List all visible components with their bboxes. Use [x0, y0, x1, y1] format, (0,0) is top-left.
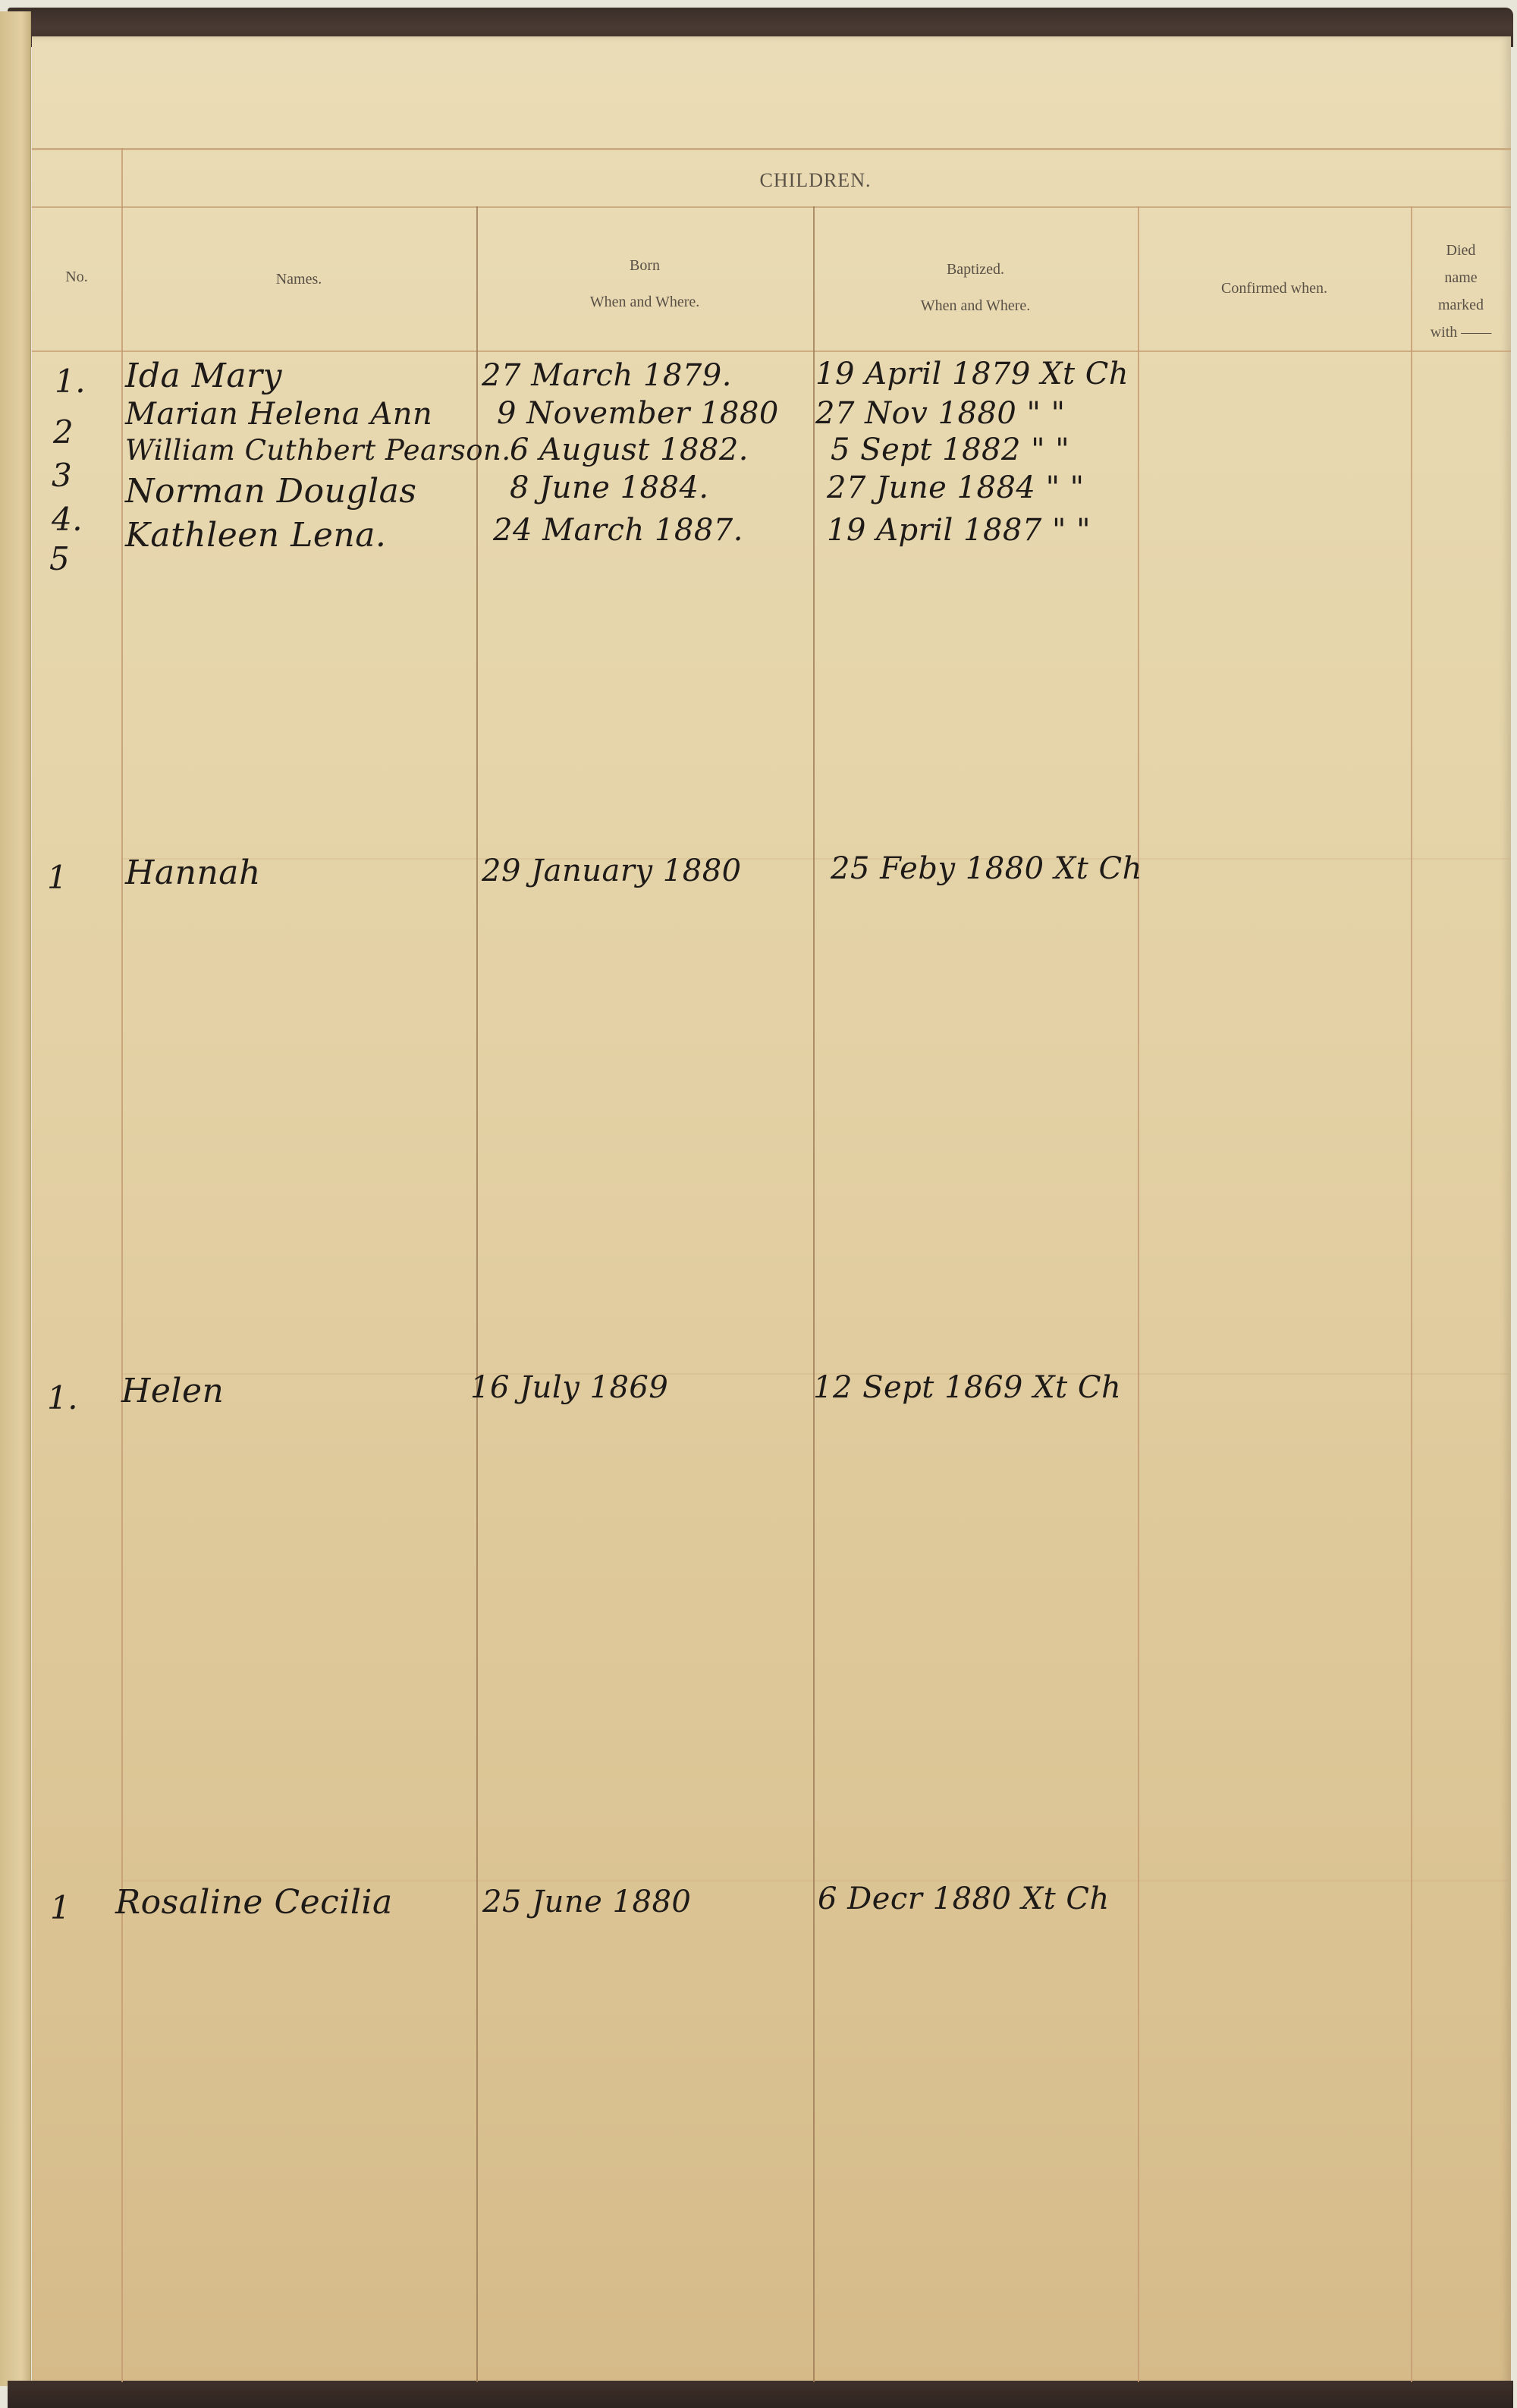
born-date: 29 January 1880	[482, 853, 742, 888]
born-date: 6 August 1882.	[510, 432, 749, 467]
header-died-line4: with ——	[1412, 319, 1509, 346]
section-title: CHILDREN.	[121, 171, 1509, 190]
child-no: 2	[53, 413, 74, 451]
rule-faint-3	[121, 1880, 1509, 1881]
child-name: Helen	[121, 1372, 224, 1410]
col-divider-names	[476, 206, 478, 2382]
rule-top	[32, 148, 1511, 150]
header-born: Born When and Where.	[476, 258, 813, 310]
baptized-date: 25 Feby 1880 Xt Ch	[831, 851, 1142, 886]
header-baptized: Baptized. When and Where.	[813, 262, 1138, 313]
baptized-date: 6 Decr 1880 Xt Ch	[818, 1881, 1110, 1916]
born-date: 25 June 1880	[482, 1885, 691, 1919]
child-name: Marian Helena Ann	[125, 397, 432, 432]
header-born-line1: Born	[630, 257, 660, 274]
child-no: 5	[49, 540, 70, 577]
book-binding-bottom	[8, 2381, 1513, 2408]
baptized-date: 27 June 1884 " "	[827, 470, 1085, 505]
child-no: 4.	[52, 501, 83, 538]
child-name: William Cuthbert Pearson.	[125, 434, 511, 467]
header-died-line3: marked	[1412, 291, 1509, 319]
col-divider-born	[813, 206, 815, 2382]
child-name: Ida Mary	[125, 357, 282, 395]
born-date: 8 June 1884.	[510, 470, 709, 505]
child-no: 1	[47, 859, 68, 896]
child-no: 1.	[55, 363, 86, 400]
header-names: Names.	[121, 272, 476, 287]
col-divider-baptized	[1138, 206, 1139, 2382]
baptized-date: 12 Sept 1869 Xt Ch	[813, 1370, 1121, 1405]
born-date: 16 July 1869	[470, 1370, 668, 1405]
header-no: No.	[32, 269, 121, 284]
child-name: Hannah	[125, 853, 261, 892]
born-date: 27 March 1879.	[482, 358, 732, 393]
header-confirmed: Confirmed when.	[1138, 281, 1411, 296]
child-no: 1	[50, 1889, 71, 1926]
header-died: Died name marked with ——	[1412, 237, 1509, 346]
born-date: 9 November 1880	[497, 396, 779, 431]
header-born-line2: When and Where.	[476, 294, 813, 310]
header-baptized-line1: Baptized.	[947, 261, 1004, 278]
child-no: 1.	[47, 1379, 78, 1416]
child-name: Norman Douglas	[125, 472, 416, 511]
adjacent-page-edge	[0, 11, 31, 2386]
header-baptized-line2: When and Where.	[813, 298, 1138, 313]
rule-faint-1	[121, 858, 1509, 860]
rule-under-title	[32, 206, 1511, 208]
rule-under-headers	[32, 351, 1511, 352]
baptized-date: 19 April 1887 " "	[827, 513, 1091, 548]
header-died-line1: Died	[1412, 237, 1509, 264]
col-divider-confirmed	[1411, 206, 1412, 2382]
baptized-date: 5 Sept 1882 " "	[831, 432, 1069, 467]
child-name: Rosaline Cecilia	[115, 1883, 393, 1922]
child-no: 3	[52, 457, 72, 494]
baptized-date: 27 Nov 1880 " "	[815, 396, 1066, 431]
baptized-date: 19 April 1879 Xt Ch	[815, 357, 1129, 391]
child-name: Kathleen Lena.	[125, 516, 386, 555]
col-divider-no	[121, 148, 123, 2382]
born-date: 24 March 1887.	[493, 513, 743, 548]
header-died-line2: name	[1412, 264, 1509, 291]
